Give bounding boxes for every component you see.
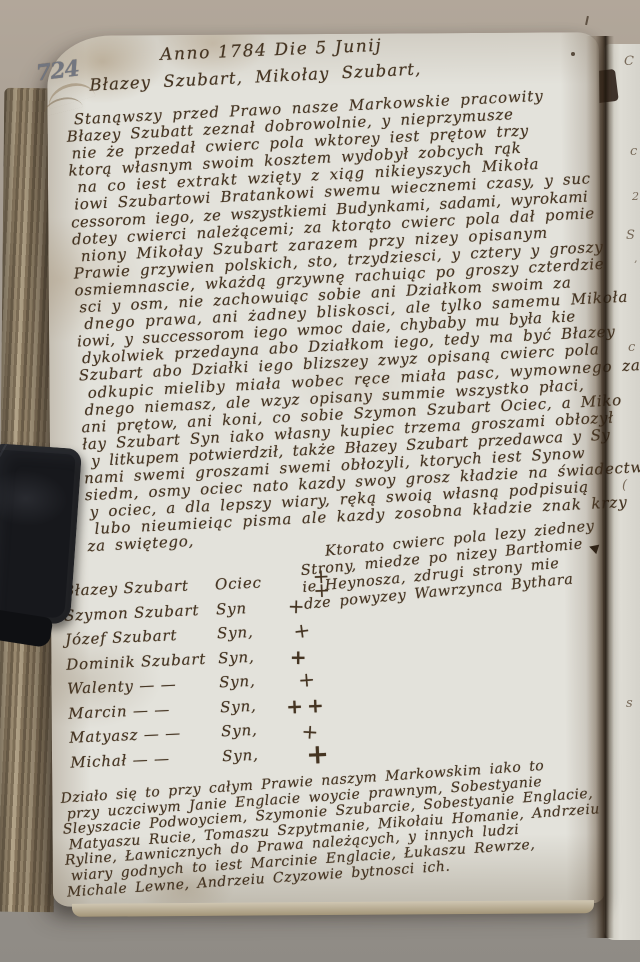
signatory-relation: Syn (216, 598, 271, 618)
manuscript-photo: Cc2S’c(s Anno 1784 Die 5 Junij Błazey Sz… (0, 0, 640, 962)
signatory-relation: Syn, (221, 720, 276, 740)
deed-body-text: Stanąwszy przed Prawo nasze Markowskie p… (65, 84, 627, 555)
facing-page-ink-fragment: c (628, 340, 635, 355)
signature-cross-mark: + (306, 748, 329, 761)
date-heading: Anno 1784 Die 5 Junij (160, 36, 383, 65)
facing-page-ink-fragment: ’ (634, 260, 637, 271)
ink-speck (571, 52, 575, 56)
signatory-relation: Syn, (219, 671, 274, 691)
closing-witnesses-text: Działo się to przy całym Prawie naszym M… (60, 754, 622, 901)
archival-page-number: 724 (35, 55, 81, 86)
book-gutter-shadow (586, 36, 614, 938)
facing-page-ink-fragment: s (626, 696, 633, 711)
manuscript-page: Anno 1784 Die 5 Junij Błazey Szubart, Mi… (47, 32, 605, 907)
signatory-name: Błazey Szubart (63, 575, 216, 599)
signatory-relation: Syn, (217, 622, 272, 642)
signature-cross-mark: + (298, 673, 316, 686)
signature-cross-mark: + (301, 725, 318, 738)
signatories-list: Błazey Szubart Ociec + + Szymon Szubart … (63, 566, 451, 778)
facing-page-ink-fragment: C (624, 54, 634, 69)
parties-heading: Błazey Szubart, Mikołay Szubart, (89, 59, 422, 94)
signatory-relation: Syn, (222, 745, 277, 765)
signature-cross-mark: + (288, 599, 305, 611)
facing-page-ink-fragment: c (630, 144, 637, 159)
ink-speck (585, 16, 589, 25)
facing-page-ink-fragment: S (626, 228, 635, 243)
signature-cross-mark: + + (312, 569, 330, 598)
under-page-edge (72, 900, 594, 917)
signature-cross-mark: ++ (286, 698, 328, 712)
facing-page-ink-fragment: 2 (632, 190, 639, 203)
signatory-relation: Syn, (218, 647, 273, 667)
dark-cover-corner (0, 443, 82, 625)
signatory-relation: Syn, (220, 696, 275, 716)
signatory-relation: Ociec (215, 573, 270, 593)
signature-cross-mark: + (290, 650, 307, 662)
signature-cross-mark: + (293, 623, 311, 637)
